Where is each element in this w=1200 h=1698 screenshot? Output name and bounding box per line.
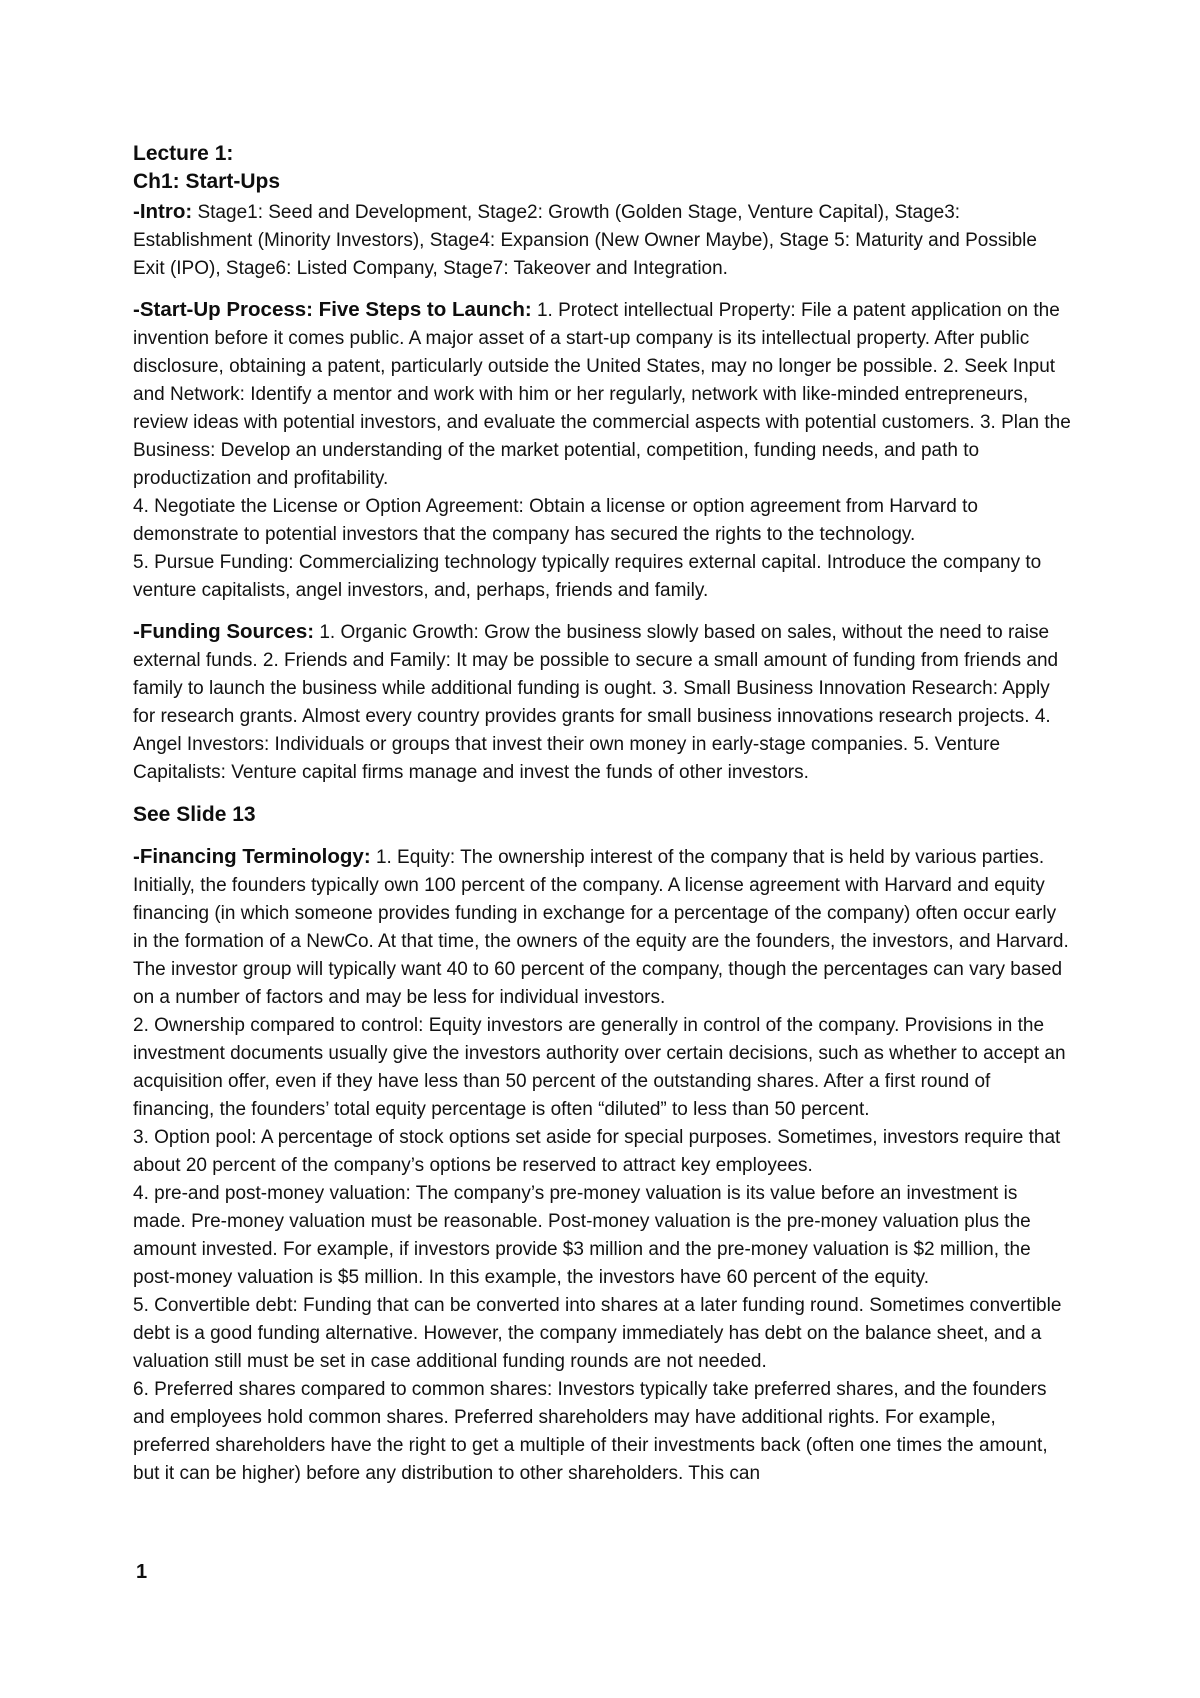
document-page: Lecture 1: Ch1: Start-Ups -Intro: Stage1…: [0, 0, 1200, 1698]
startup-process-body: 1. Protect intellectual Property: File a…: [133, 300, 1076, 601]
funding-sources-paragraph: -Funding Sources: 1. Organic Growth: Gro…: [133, 618, 1073, 787]
startup-process-paragraph: -Start-Up Process: Five Steps to Launch:…: [133, 296, 1073, 605]
financing-terminology-lead: -Financing Terminology:: [133, 845, 371, 868]
slide-note-heading: See Slide 13: [133, 800, 1073, 830]
financing-terminology-body: 1. Equity: The ownership interest of the…: [133, 847, 1074, 1484]
funding-sources-lead: -Funding Sources:: [133, 620, 314, 643]
page-number: 1: [136, 1558, 147, 1586]
document-content: Lecture 1: Ch1: Start-Ups -Intro: Stage1…: [133, 140, 1073, 1501]
intro-paragraph: -Intro: Stage1: Seed and Development, St…: [133, 198, 1073, 283]
intro-lead: -Intro:: [133, 200, 192, 223]
startup-process-lead: -Start-Up Process: Five Steps to Launch:: [133, 298, 532, 321]
lecture-heading: Lecture 1:: [133, 140, 1073, 168]
funding-sources-body: 1. Organic Growth: Grow the business slo…: [133, 622, 1063, 783]
chapter-heading: Ch1: Start-Ups: [133, 168, 1073, 196]
intro-body: Stage1: Seed and Development, Stage2: Gr…: [133, 202, 1042, 279]
financing-terminology-paragraph: -Financing Terminology: 1. Equity: The o…: [133, 843, 1073, 1488]
